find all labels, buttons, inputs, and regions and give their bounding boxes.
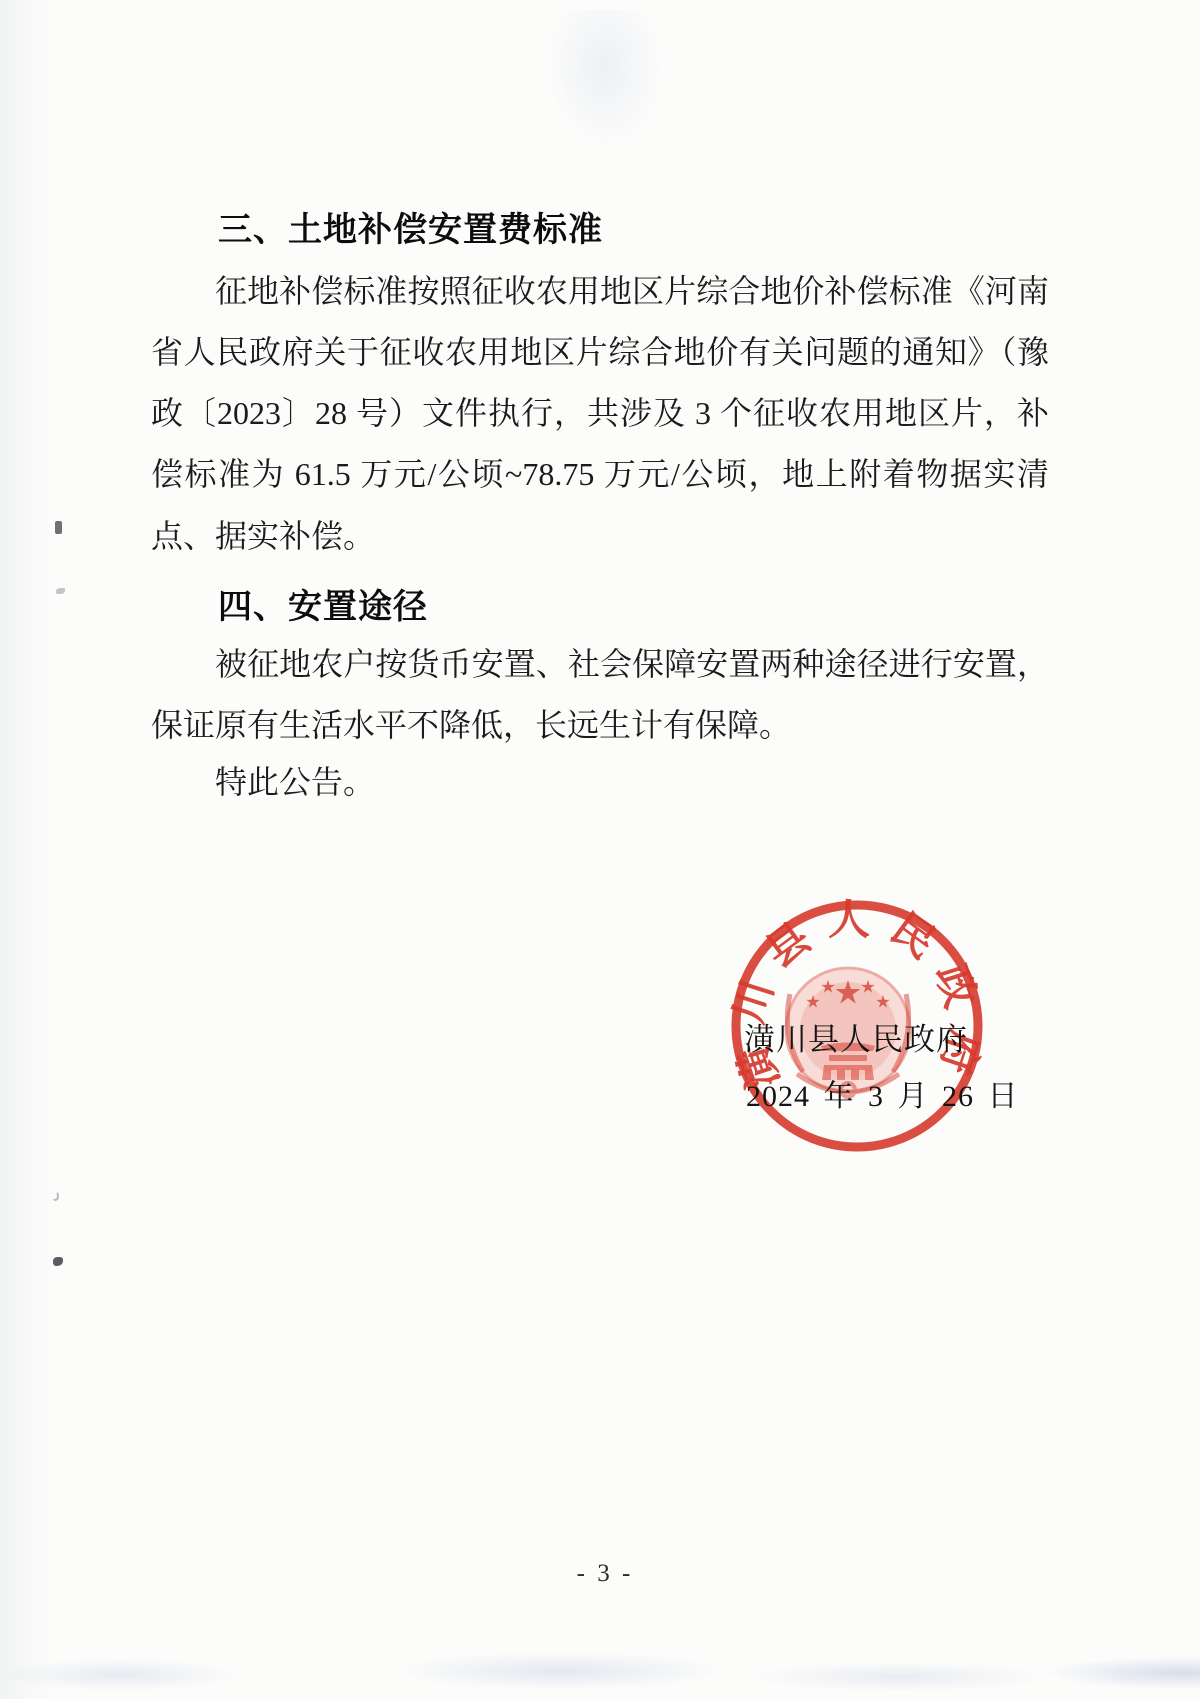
paragraph1-line1: 征地补偿标准按照征收农用地区片综合地价补偿标准《河南 <box>151 268 1049 314</box>
paragraph1-line5: 点、据实补偿。 <box>151 513 1049 559</box>
section-heading-resettlement: 四、安置途径 <box>218 579 428 628</box>
section-heading-land-compensation: 三、土地补偿安置费标准 <box>218 202 603 251</box>
signature-issuer: 潢川县人民政府 <box>744 1014 968 1059</box>
scan-edge-shading <box>0 0 55 1699</box>
scan-speck <box>55 521 62 534</box>
scan-smudge-top <box>545 10 665 150</box>
scan-speck <box>56 588 65 594</box>
scan-speck <box>53 1257 63 1266</box>
scan-smudge-bottom <box>0 1645 1200 1690</box>
document-page: 三、土地补偿安置费标准 征地补偿标准按照征收农用地区片综合地价补偿标准《河南 省… <box>0 0 1200 1699</box>
paragraph1-line3: 政〔2023〕28 号）文件执行，共涉及 3 个征收农用地区片，补 <box>151 390 1049 436</box>
scan-speck <box>52 1191 59 1201</box>
paragraph2-line2: 保证原有生活水平不降低，长远生计有保障。 <box>151 702 1049 748</box>
paragraph2-line1: 被征地农户按货币安置、社会保障安置两种途径进行安置， <box>151 641 1049 687</box>
closing-line: 特此公告。 <box>151 759 1049 805</box>
signature-date: 2024 年 3 月 26 日 <box>746 1071 1019 1115</box>
paragraph1-line2: 省人民政府关于征收农用地区片综合地价有关问题的通知》（豫 <box>151 329 1049 375</box>
paragraph1-line4: 偿标准为 61.5 万元/公顷~78.75 万元/公顷，地上附着物据实清 <box>151 451 1049 497</box>
page-number: - 3 - <box>500 1560 710 1588</box>
